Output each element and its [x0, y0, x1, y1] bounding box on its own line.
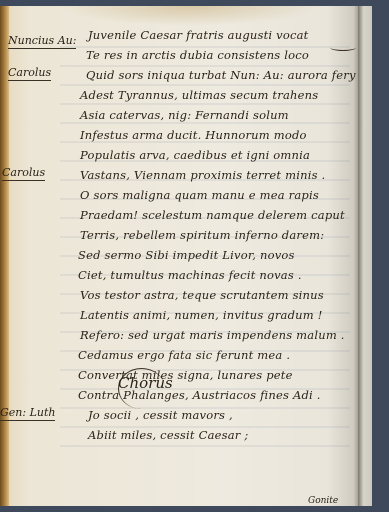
flourish-mark — [330, 44, 356, 51]
chorus-heading: Chorus — [118, 374, 173, 392]
verse-line: Te res in arctis dubia consistens loco — [86, 48, 309, 62]
speaker-label: Carolus — [2, 166, 45, 181]
verse-line: Populatis arva, caedibus et igni omnia — [80, 148, 310, 162]
verse-line: Vos testor astra, teque scrutantem sinus — [80, 288, 324, 302]
verse-line: Contra Phalanges, Austriacos fines Adi . — [78, 388, 321, 402]
page-edge — [358, 6, 372, 506]
speaker-label: Carolus — [8, 66, 51, 81]
verse-line: Jo socii , cessit mavors , — [88, 408, 233, 422]
verse-line: Asia catervas, nig: Fernandi solum — [80, 108, 289, 122]
verse-line: Latentis animi, numen, invitus gradum ! — [80, 308, 323, 322]
catchword: Gonite — [308, 496, 338, 506]
verse-line: Infestus arma ducit. Hunnorum modo — [80, 128, 307, 142]
verse-line: Terris, rebellem spiritum inferno darem: — [80, 228, 324, 242]
verse-line: O sors maligna quam manu e mea rapis — [80, 188, 319, 202]
verse-line: Refero: sed urgat maris impendens malum … — [80, 328, 345, 342]
verse-line: Vastans, Viennam proximis terret minis . — [80, 168, 325, 182]
verse-line: Abiit miles, cessit Caesar ; — [88, 428, 248, 442]
verse-line: Sed sermo Sibi impedit Livor, novos — [78, 248, 295, 262]
water-stain — [60, 6, 320, 26]
verse-line: Quid sors iniqua turbat Nun: Au: aurora … — [86, 68, 356, 82]
speaker-label: Nuncius Au: — [8, 34, 76, 49]
verse-line: Adest Tyrannus, ultimas secum trahens — [80, 88, 318, 102]
verse-line: Convertat miles signa, lunares pete — [78, 368, 293, 382]
verse-line: Juvenile Caesar fratris augusti vocat — [88, 28, 309, 42]
binding-spine — [0, 6, 9, 506]
verse-line: Cedamus ergo fata sic ferunt mea . — [78, 348, 290, 362]
manuscript-page: Nuncius Au:CarolusCarolusGen: Luth Juven… — [0, 6, 372, 506]
speaker-label: Gen: Luth — [0, 406, 55, 421]
verse-line: Ciet, tumultus machinas fecit novas . — [78, 268, 302, 282]
verse-line: Praedam! scelestum namque delerem caput — [80, 208, 345, 222]
